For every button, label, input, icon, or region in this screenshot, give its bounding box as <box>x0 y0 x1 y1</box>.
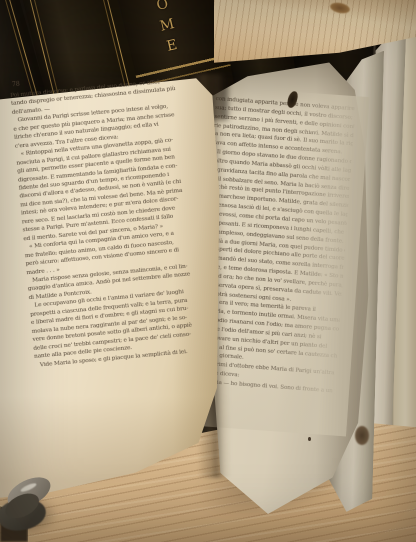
left-page-text: Poi mutava discorso; e parlava del suo d… <box>10 74 233 379</box>
photo-open-book-on-shelf: ROME con indugiata apparita perchè non v… <box>0 0 416 542</box>
stain-mark <box>355 426 369 445</box>
metal-clasp <box>0 472 70 542</box>
footnote-speck <box>308 437 311 441</box>
page-number: 78 <box>12 81 20 89</box>
